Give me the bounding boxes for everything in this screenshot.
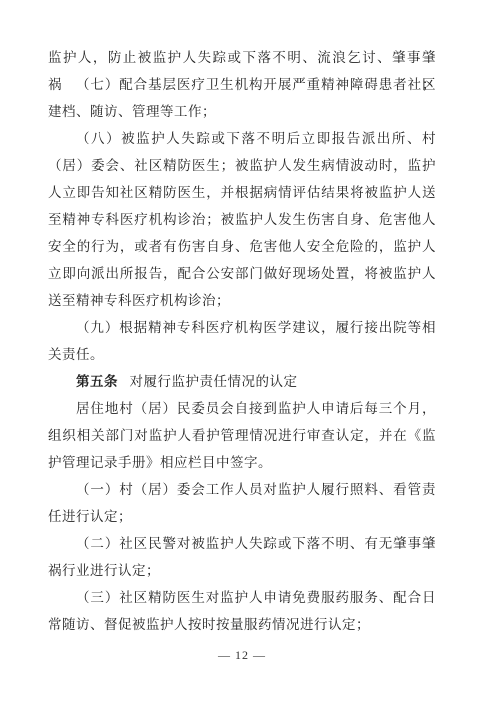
section-heading-number: 第五条 (76, 374, 118, 389)
text-line: （二）社区民警对被监护人失踪或下落不明、有无肇事肇 (48, 530, 436, 557)
text-line: 监护人，防止被监护人失踪或下落不明、流浪乞讨、肇事肇祸； (48, 44, 436, 71)
text-line: 立即向派出所报告，配合公安部门做好现场处置，将被监护人 (48, 260, 436, 287)
text-line: 常随访、督促被监护人按时按量服药情况进行认定； (48, 611, 436, 638)
page-number: — 12 — (48, 648, 436, 663)
text-line: 建档、随访、管理等工作； (48, 98, 436, 125)
text-line: （一）村（居）委会工作人员对监护人履行照料、看管责 (48, 476, 436, 503)
text-line: 任进行认定； (48, 503, 436, 530)
document-page: 监护人，防止被监护人失踪或下落不明、流浪乞讨、肇事肇祸；（七）配合基层医疗卫生机… (0, 0, 480, 710)
text-line: 居住地村（居）民委员会自接到监护人申请后每三个月， (48, 395, 436, 422)
text-line: （居）委会、社区精防医生；被监护人发生病情波动时，监护 (48, 152, 436, 179)
text-line: 安全的行为，或者有伤害自身、危害他人安全危险的，监护人 (48, 233, 436, 260)
text-line: 至精神专科医疗机构诊治；被监护人发生伤害自身、危害他人 (48, 206, 436, 233)
text-line: 关责任。 (48, 341, 436, 368)
text-line: （三）社区精防医生对监护人申请免费服药服务、配合日 (48, 584, 436, 611)
text-line: 送至精神专科医疗机构诊治； (48, 287, 436, 314)
section-heading-title: 对履行监护责任情况的认定 (129, 374, 297, 389)
text-line: （八）被监护人失踪或下落不明后立即报告派出所、村 (48, 125, 436, 152)
text-line: （九）根据精神专科医疗机构医学建议，履行接出院等相 (48, 314, 436, 341)
text-line: 人立即告知社区精防医生，并根据病情评估结果将被监护人送 (48, 179, 436, 206)
document-body: 监护人，防止被监护人失踪或下落不明、流浪乞讨、肇事肇祸；（七）配合基层医疗卫生机… (48, 44, 436, 638)
text-line: 组织相关部门对监护人看护管理情况进行审查认定，并在《监 (48, 422, 436, 449)
text-line: 祸行业进行认定； (48, 557, 436, 584)
section-heading: 第五条对履行监护责任情况的认定 (48, 368, 436, 395)
text-line: 护管理记录手册》相应栏目中签字。 (48, 449, 436, 476)
text-line: （七）配合基层医疗卫生机构开展严重精神障碍患者社区 (48, 71, 436, 98)
